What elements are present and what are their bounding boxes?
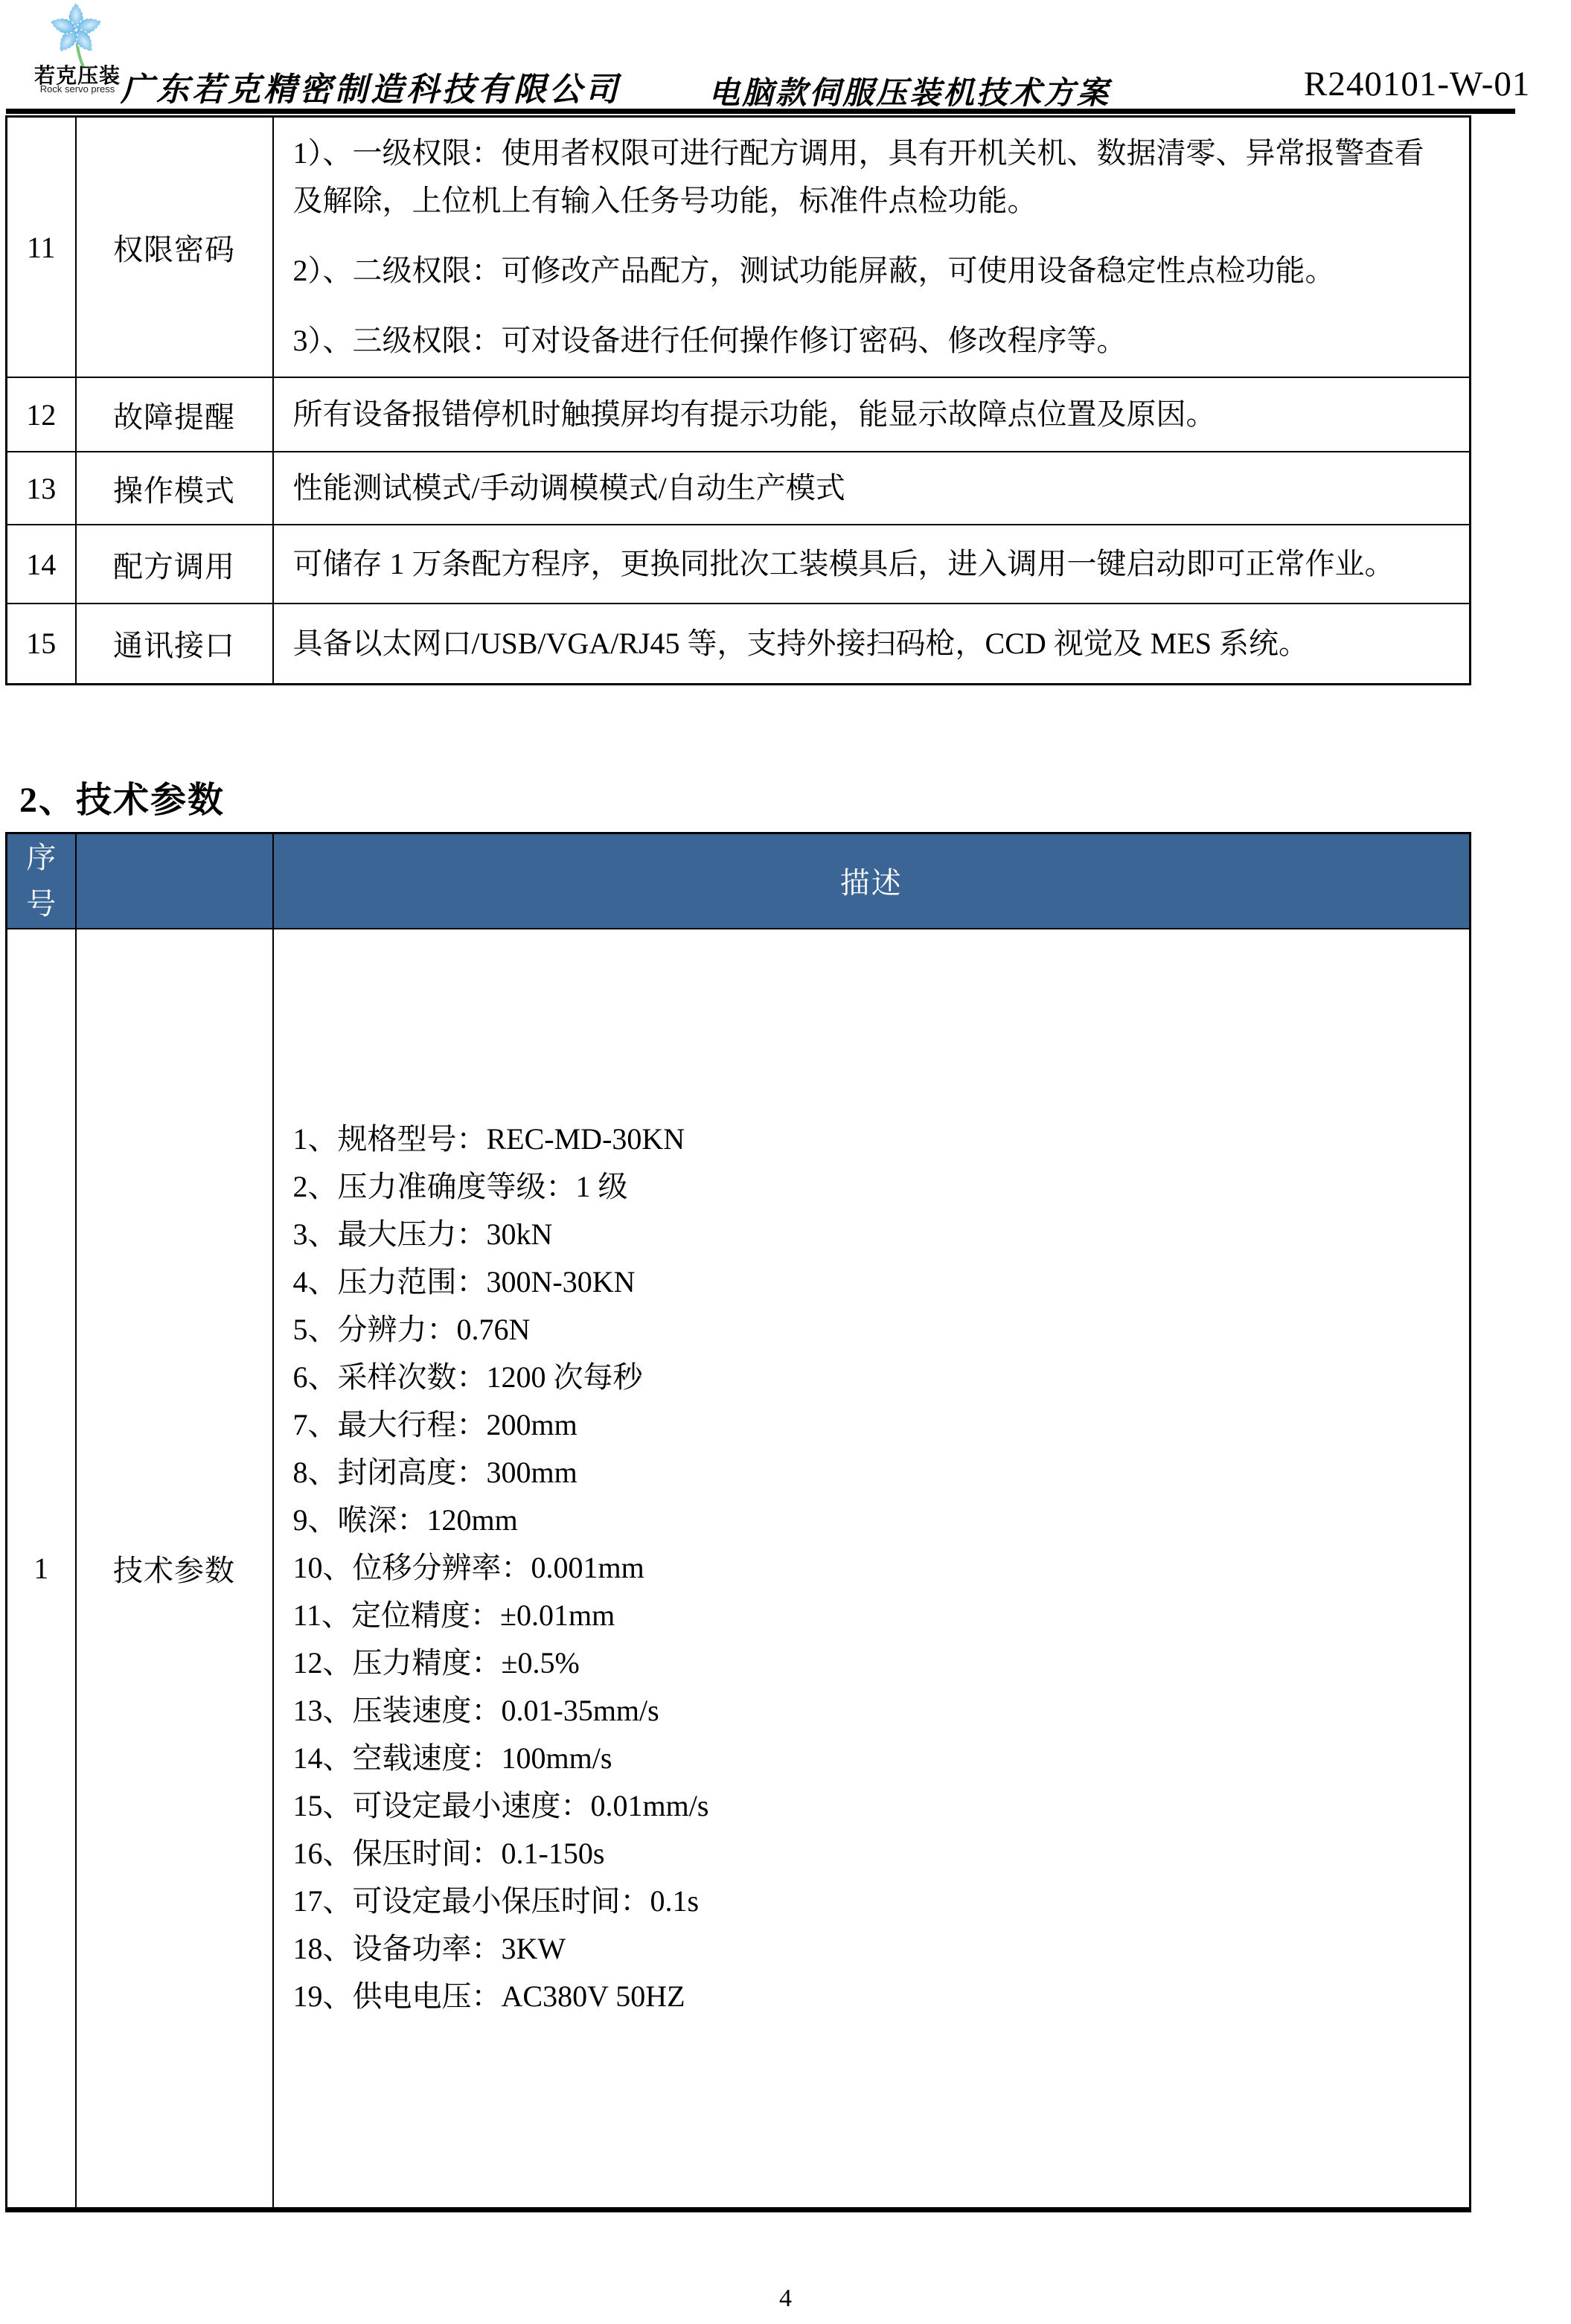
header-divider	[6, 109, 1515, 114]
parameter-item: 17、可设定最小保压时间：0.1s	[293, 1878, 1470, 1925]
logo-subtitle: Rock servo press	[19, 83, 135, 95]
row-description: 所有设备报错停机时触摸屏均有提示功能，能显示故障点位置及原因。	[273, 377, 1471, 452]
page-number: 4	[0, 2285, 1571, 2313]
table-row: 14 配方调用 可储存 1 万条配方程序，更换同批次工装模具后，进入调用一键启动…	[7, 525, 1471, 604]
document-code: R240101-W-01	[1304, 64, 1530, 104]
company-name: 广东若克精密制造科技有限公司	[121, 63, 621, 110]
parameter-item: 8、封闭高度：300mm	[293, 1449, 1470, 1496]
row-number: 1	[7, 929, 76, 2210]
section-heading: 2、技术参数	[19, 771, 225, 822]
row-label: 通讯接口	[76, 604, 273, 684]
table-row: 11 权限密码 1）、一级权限：使用者权限可进行配方调用，具有开机关机、数据清零…	[7, 117, 1471, 378]
description-paragraph: 具备以太网口/USB/VGA/RJ45 等，支持外接扫码枪，CCD 视觉及 ME…	[293, 620, 1450, 668]
table-row: 13 操作模式 性能测试模式/手动调模模式/自动生产模式	[7, 452, 1471, 525]
row-label: 配方调用	[76, 525, 273, 604]
description-paragraph: 2）、二级权限：可修改产品配方，测试功能屏蔽，可使用设备稳定性点检功能。	[293, 247, 1450, 295]
document-title: 电脑款伺服压装机技术方案	[708, 68, 1110, 113]
feature-table: 11 权限密码 1）、一级权限：使用者权限可进行配方调用，具有开机关机、数据清零…	[5, 115, 1471, 685]
parameter-item: 12、压力精度：±0.5%	[293, 1639, 1470, 1687]
table-header-row: 序号 描述	[7, 833, 1471, 929]
parameter-item: 14、空载速度：100mm/s	[293, 1735, 1470, 1782]
row-label: 权限密码	[76, 117, 273, 378]
parameter-item: 2、压力准确度等级：1 级	[293, 1163, 1470, 1211]
table-row: 1 技术参数 1、规格型号：REC-MD-30KN 2、压力准确度等级：1 级 …	[7, 929, 1471, 2210]
parameter-item: 6、采样次数：1200 次每秒	[293, 1354, 1470, 1401]
parameter-item: 7、最大行程：200mm	[293, 1401, 1470, 1449]
page-header: 若克压装 Rock servo press 广东若克精密制造科技有限公司 电脑款…	[0, 0, 1571, 113]
row-description: 可储存 1 万条配方程序，更换同批次工装模具后，进入调用一键启动即可正常作业。	[273, 525, 1471, 604]
parameter-item: 13、压装速度：0.01-35mm/s	[293, 1687, 1470, 1735]
table-row: 12 故障提醒 所有设备报错停机时触摸屏均有提示功能，能显示故障点位置及原因。	[7, 377, 1471, 452]
logo-flower-icon	[37, 1, 115, 68]
row-label: 操作模式	[76, 452, 273, 525]
parameter-item: 16、保压时间：0.1-150s	[293, 1830, 1470, 1878]
row-number: 11	[7, 117, 76, 378]
row-number: 14	[7, 525, 76, 604]
parameter-item: 3、最大压力：30kN	[293, 1211, 1470, 1258]
parameter-item: 11、定位精度：±0.01mm	[293, 1592, 1470, 1639]
row-number: 12	[7, 377, 76, 452]
parameter-item: 1、规格型号：REC-MD-30KN	[293, 1115, 1470, 1163]
row-description: 具备以太网口/USB/VGA/RJ45 等，支持外接扫码枪，CCD 视觉及 ME…	[273, 604, 1471, 684]
header-col-blank	[76, 833, 273, 929]
parameter-item: 9、喉深：120mm	[293, 1496, 1470, 1544]
parameter-item: 10、位移分辨率：0.001mm	[293, 1544, 1470, 1592]
parameters-table: 序号 描述 1 技术参数 1、规格型号：REC-MD-30KN 2、压力准确度等…	[5, 832, 1471, 2212]
row-description: 性能测试模式/手动调模模式/自动生产模式	[273, 452, 1471, 525]
row-label: 技术参数	[76, 929, 273, 2210]
table-row: 15 通讯接口 具备以太网口/USB/VGA/RJ45 等，支持外接扫码枪，CC…	[7, 604, 1471, 684]
parameter-item: 5、分辨力：0.76N	[293, 1306, 1470, 1354]
row-number: 13	[7, 452, 76, 525]
parameter-item: 15、可设定最小速度：0.01mm/s	[293, 1782, 1470, 1830]
parameter-item: 4、压力范围：300N-30KN	[293, 1258, 1470, 1306]
row-description: 1）、一级权限：使用者权限可进行配方调用，具有开机关机、数据清零、异常报警查看及…	[273, 117, 1471, 378]
row-number: 15	[7, 604, 76, 684]
parameter-list: 1、规格型号：REC-MD-30KN 2、压力准确度等级：1 级 3、最大压力：…	[273, 929, 1471, 2210]
row-label: 故障提醒	[76, 377, 273, 452]
description-paragraph: 1）、一级权限：使用者权限可进行配方调用，具有开机关机、数据清零、异常报警查看及…	[293, 129, 1450, 225]
parameter-item: 19、供电电压：AC380V 50HZ	[293, 1973, 1470, 2020]
parameter-item: 18、设备功率：3KW	[293, 1925, 1470, 1973]
header-col-desc: 描述	[273, 833, 1471, 929]
document-page: 若克压装 Rock servo press 广东若克精密制造科技有限公司 电脑款…	[0, 0, 1571, 2324]
description-paragraph: 所有设备报错停机时触摸屏均有提示功能，能显示故障点位置及原因。	[293, 391, 1450, 438]
description-paragraph: 性能测试模式/手动调模模式/自动生产模式	[293, 464, 1450, 512]
header-col-seq: 序号	[7, 833, 76, 929]
description-paragraph: 3）、三级权限：可对设备进行任何操作修订密码、修改程序等。	[293, 317, 1450, 365]
header-col-seq-label: 序号	[24, 835, 58, 927]
description-paragraph: 可储存 1 万条配方程序，更换同批次工装模具后，进入调用一键启动即可正常作业。	[293, 540, 1450, 588]
